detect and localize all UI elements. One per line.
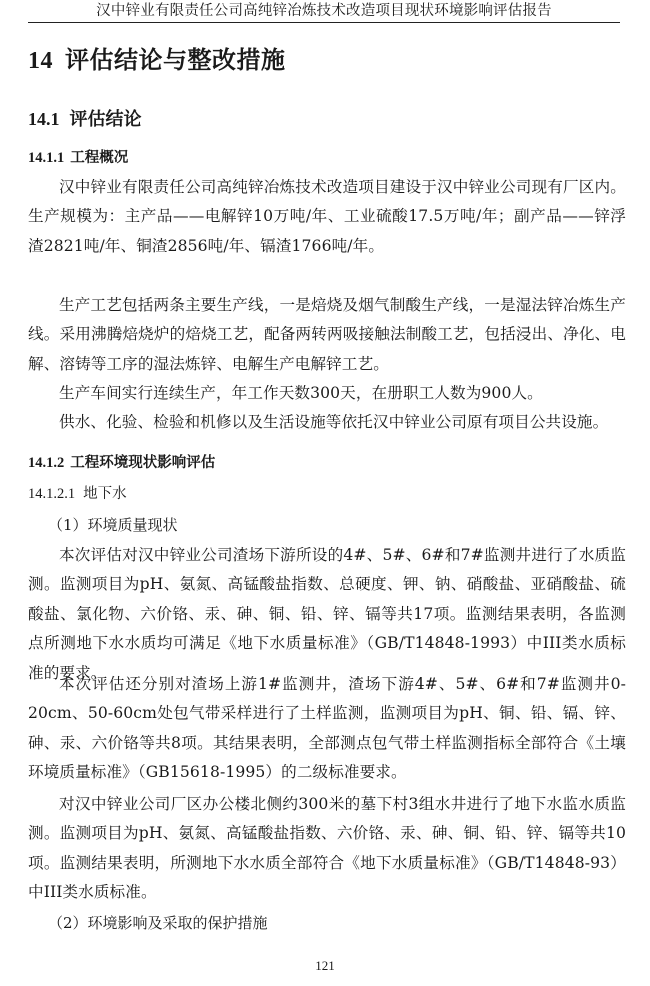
section-number: 14.1	[28, 109, 60, 129]
chapter-heading: 14评估结论与整改措施	[28, 44, 286, 77]
chapter-title: 评估结论与整改措施	[65, 45, 286, 74]
subsubsection-title: 地下水	[83, 486, 127, 502]
paragraph-utilities: 供水、化验、检验和机修以及生活设施等依托汉中锌业公司原有项目公共设施。	[28, 408, 626, 437]
header-divider	[28, 22, 620, 23]
header-title: 汉中锌业有限责任公司高纯锌冶炼技术改造项目现状环境影响评估报告	[28, 2, 620, 20]
subsection-title: 工程环境现状影响评估	[70, 454, 215, 471]
subsubsection-number: 14.1.2.1	[28, 486, 75, 502]
item-heading-quality-status: （1）环境质量现状	[48, 513, 178, 537]
section-heading: 14.1评估结论	[28, 107, 142, 132]
page-number: 121	[0, 958, 650, 974]
subsection-number: 14.1.1	[28, 150, 64, 166]
subsection-heading-environment-assessment: 14.1.2工程环境现状影响评估	[28, 452, 215, 474]
paragraph-production-process: 生产工艺包括两条主要生产线，一是焙烧及烟气制酸生产线，一是湿法锌冶炼生产线。采用…	[28, 291, 626, 379]
subsection-heading-project-overview: 14.1.1工程概况	[28, 147, 128, 169]
section-title: 评估结论	[70, 109, 142, 130]
paragraph-groundwater-monitoring: 本次评估对汉中锌业公司渣场下游所设的4#、5#、6#和7#监测井进行了水质监测。…	[28, 541, 626, 688]
subsection-number: 14.1.2	[28, 455, 64, 471]
item-heading-impact-measures: （2）环境影响及采取的保护措施	[48, 911, 268, 935]
subsection-title: 工程概况	[70, 149, 128, 166]
chapter-number: 14	[28, 48, 53, 74]
subsubsection-heading-groundwater: 14.1.2.1地下水	[28, 483, 127, 505]
paragraph-project-scale: 汉中锌业有限责任公司高纯锌冶炼技术改造项目建设于汉中锌业公司现有厂区内。生产规模…	[28, 173, 626, 261]
paragraph-soil-monitoring: 本次评估还分别对渣场上游1#监测井，渣场下游4#、5#、6#和7#监测井0-20…	[28, 670, 626, 788]
paragraph-well-monitoring: 对汉中锌业公司厂区办公楼北侧约300米的墓下村3组水井进行了地下水监水质监测。监…	[28, 790, 626, 908]
paragraph-workforce: 生产车间实行连续生产，年工作天数300天，在册职工人数为900人。	[28, 379, 626, 408]
